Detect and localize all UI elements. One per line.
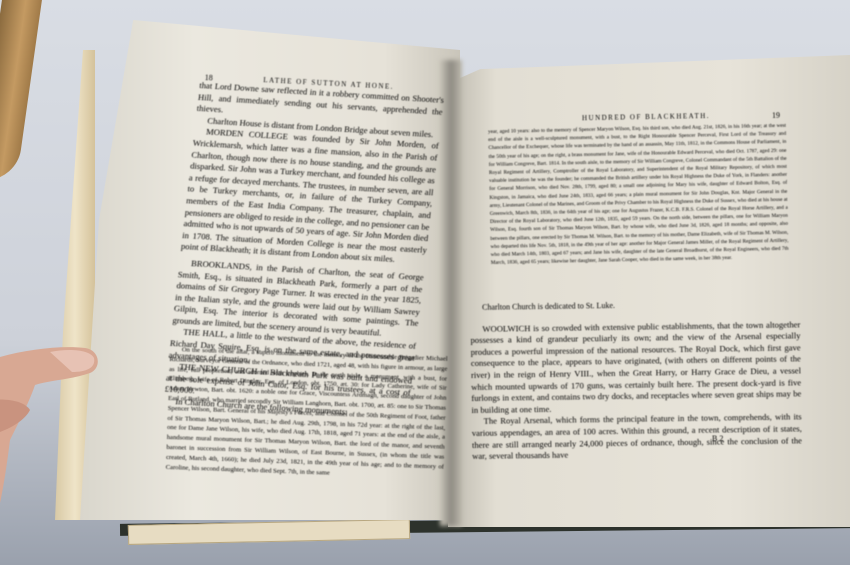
monuments-text: year, aged 10 years: also to the memory … [488, 122, 789, 268]
monuments-text: On the south of the altar, a superb monu… [166, 345, 448, 482]
left-monuments-list: On the south of the altar, a superb monu… [166, 345, 448, 482]
paragraph: The Royal Arsenal, which forms the princ… [472, 412, 803, 463]
book-photo: 18 LATHE OF SUTTON AT HONE. that Lord Do… [0, 0, 850, 565]
right-page-body: Charlton Church is dedicated to St. Luke… [470, 297, 802, 462]
right-monuments-list: year, aged 10 years: also to the memory … [488, 122, 789, 268]
wooden-object [0, 0, 43, 180]
paragraph: MORDEN COLLEGE was founded by Sir John M… [180, 126, 439, 268]
paragraph: WOOLWICH is so crowded with extensive pu… [470, 319, 801, 416]
signature-mark: B 2 [712, 434, 723, 443]
right-folio: 19 [772, 111, 780, 120]
hand [0, 340, 110, 540]
